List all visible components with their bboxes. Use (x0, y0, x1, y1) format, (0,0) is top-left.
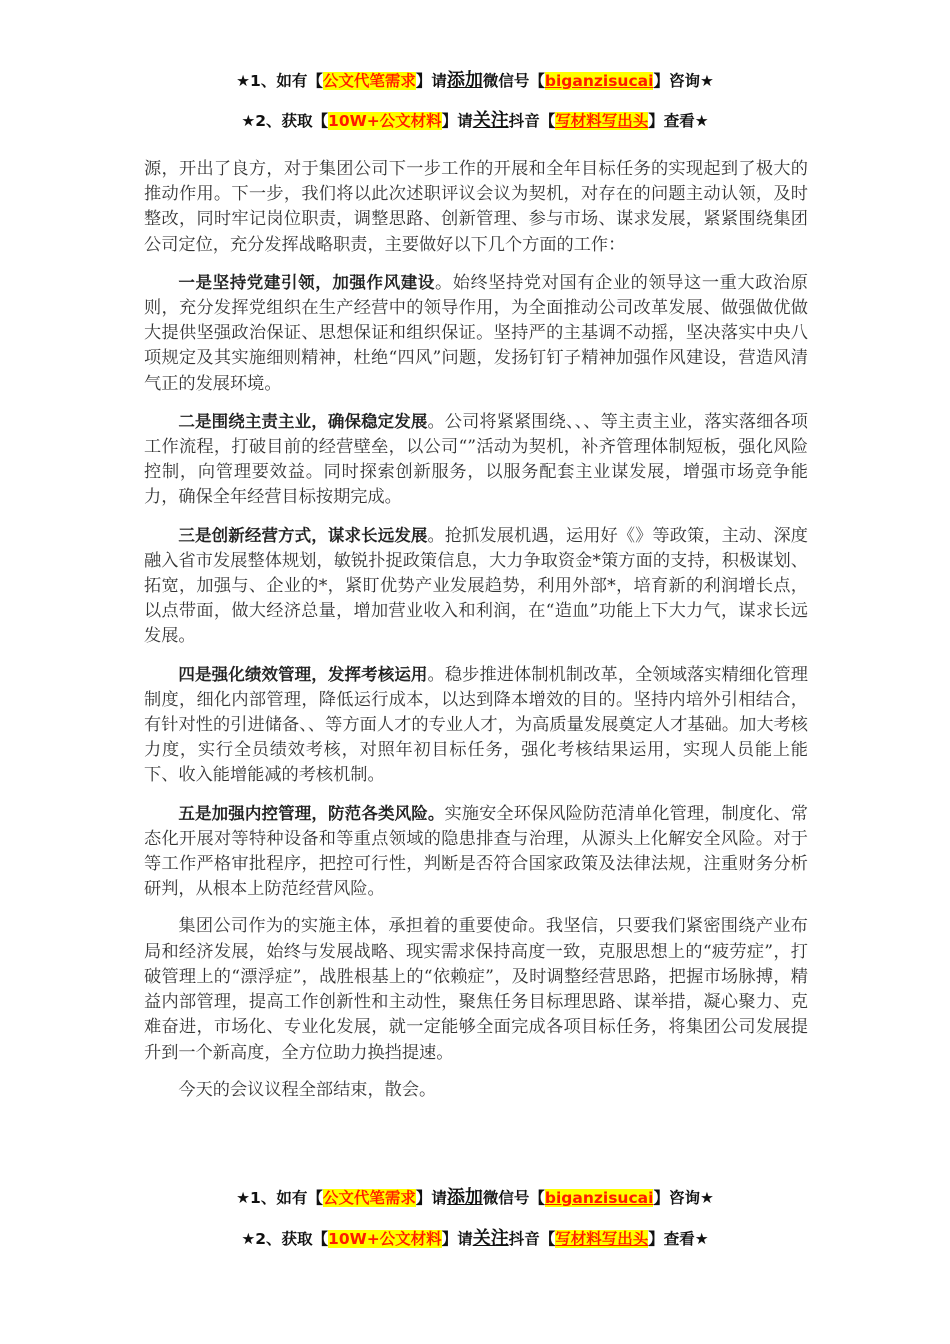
end-paragraph: 今天的会议议程全部结束，散会。 (144, 1078, 808, 1103)
star-icon: ★ (236, 1189, 250, 1207)
point-paragraph-3: 三是创新经营方式，谋求长远发展。抢抓发展机遇，运用好《》等政策，主动、深度融入省… (144, 523, 808, 650)
promo-text: 2、获取【 (255, 1230, 328, 1248)
highlight-materials: 10W+公文材料 (328, 112, 442, 130)
star-icon: ★ (241, 1230, 255, 1248)
point-heading: 三是创新经营方式，谋求长远发展 (178, 526, 427, 545)
promo-text: 】查看 (648, 112, 695, 130)
point-heading: 四是强化绩效管理，发挥考核运用 (178, 665, 427, 684)
point-paragraph-2: 二是围绕主责主业，确保稳定发展。公司将紧紧围绕、、、等主责主业，落实落细各项工作… (144, 409, 808, 511)
promo-text: 微信号【 (483, 1189, 545, 1207)
douyin-account: 写材料写出头 (555, 112, 648, 130)
point-heading: 一是坚持党建引领，加强作风建设 (178, 273, 435, 292)
star-icon: ★ (700, 72, 714, 90)
wechat-id: biganzisucai (545, 72, 654, 90)
underlined-add: 添加 (447, 70, 483, 91)
promo-text: 1、如有【 (250, 72, 323, 90)
point-paragraph-4: 四是强化绩效管理，发挥考核运用。稳步推进体制机制改革，全领域落实精细化管理制度，… (144, 662, 808, 789)
promo-text: 】请 (416, 72, 447, 90)
promo-line-2-top: ★2、获取【10W+公文材料】请关注抖音【写材料写出头】查看★ (0, 110, 950, 132)
promo-text: 】查看 (648, 1230, 695, 1248)
underlined-add: 添加 (447, 1187, 483, 1208)
highlight-materials: 10W+公文材料 (328, 1230, 442, 1248)
document-body: 源，开出了良方，对于集团公司下一步工作的开展和全年目标任务的实现起到了极大的推动… (144, 157, 808, 1115)
intro-paragraph: 源，开出了良方，对于集团公司下一步工作的开展和全年目标任务的实现起到了极大的推动… (144, 157, 808, 258)
promo-text: 】咨询 (653, 72, 700, 90)
highlight-service: 公文代笔需求 (323, 72, 416, 90)
promo-text: 】请 (442, 1230, 473, 1248)
underlined-follow: 关注 (473, 1228, 509, 1249)
highlight-service: 公文代笔需求 (323, 1189, 416, 1207)
promo-line-1-top: ★1、如有【公文代笔需求】请添加微信号【biganzisucai】咨询★ (0, 70, 950, 92)
point-heading: 五是加强内控管理，防范各类风险。 (178, 804, 444, 823)
closing-paragraph: 集团公司作为的实施主体，承担着的重要使命。我坚信，只要我们紧密围绕产业布局和经济… (144, 914, 808, 1065)
promo-text: 1、如有【 (250, 1189, 323, 1207)
promo-line-2-bottom: ★2、获取【10W+公文材料】请关注抖音【写材料写出头】查看★ (0, 1228, 950, 1250)
promo-line-1-bottom: ★1、如有【公文代笔需求】请添加微信号【biganzisucai】咨询★ (0, 1187, 950, 1209)
promo-text: 】请 (416, 1189, 447, 1207)
underlined-follow: 关注 (473, 110, 509, 131)
douyin-account: 写材料写出头 (555, 1230, 648, 1248)
star-icon: ★ (241, 112, 255, 130)
promo-text: 】咨询 (653, 1189, 700, 1207)
star-icon: ★ (695, 112, 709, 130)
promo-text: 2、获取【 (255, 112, 328, 130)
star-icon: ★ (695, 1230, 709, 1248)
star-icon: ★ (236, 72, 250, 90)
promo-text: 】请 (442, 112, 473, 130)
promo-text: 抖音【 (509, 112, 556, 130)
point-heading: 二是围绕主责主业，确保稳定发展 (178, 412, 427, 431)
promo-text: 微信号【 (483, 72, 545, 90)
point-paragraph-5: 五是加强内控管理，防范各类风险。实施安全环保风险防范清单化管理，制度化、常态化开… (144, 801, 808, 903)
point-paragraph-1: 一是坚持党建引领，加强作风建设。始终坚持党对国有企业的领导这一重大政治原则，充分… (144, 270, 808, 397)
wechat-id: biganzisucai (545, 1189, 654, 1207)
promo-text: 抖音【 (509, 1230, 556, 1248)
star-icon: ★ (700, 1189, 714, 1207)
document-page: ★1、如有【公文代笔需求】请添加微信号【biganzisucai】咨询★ ★2、… (0, 0, 950, 1344)
